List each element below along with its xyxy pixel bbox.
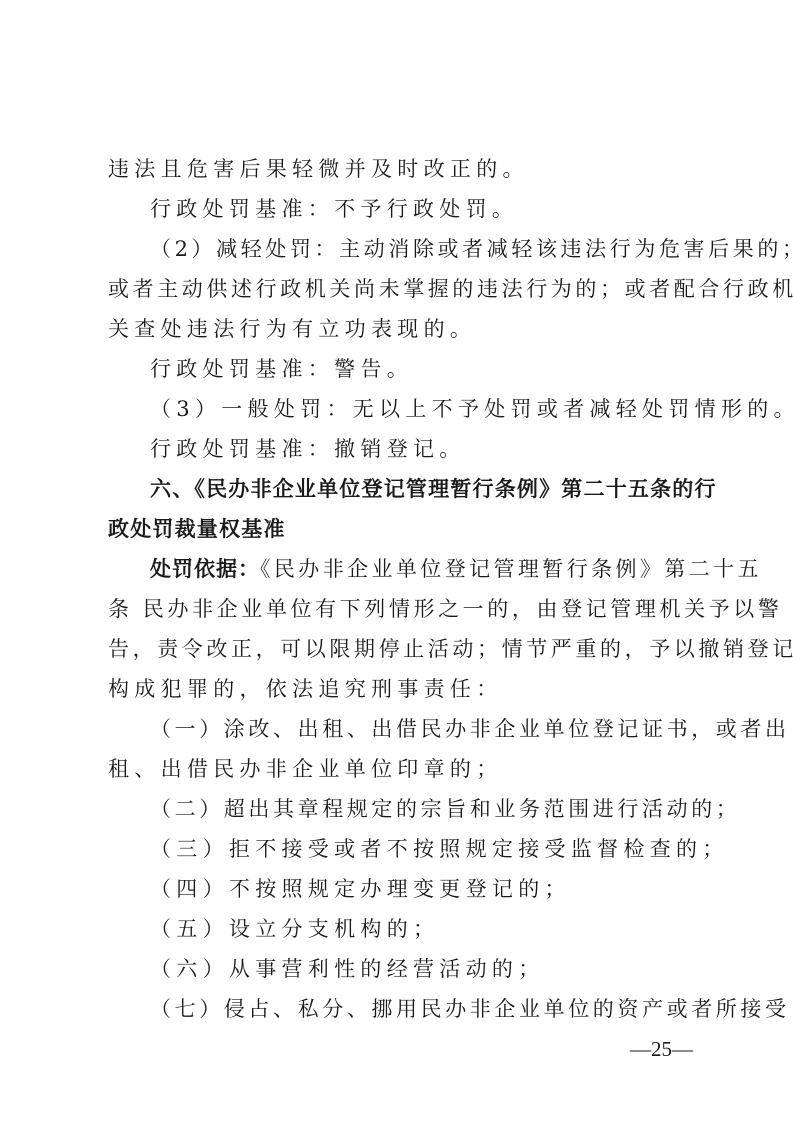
penalty-standard-line: 行政处罚基准：撤销登记。 xyxy=(150,436,738,462)
list-item-2: （二）超出其章程规定的宗旨和业务范围进行活动的； xyxy=(150,796,738,822)
paragraph-line: 或者主动供述行政机关尚未掌握的违法行为的；或者配合行政机 xyxy=(108,276,696,302)
basis-text: 《民办非企业单位登记管理暂行条例》第二十五 xyxy=(260,557,762,581)
penalty-standard-line: 行政处罚基准：警告。 xyxy=(150,356,738,382)
document-page: 违法且危害后果轻微并及时改正的。 行政处罚基准：不予行政处罚。 （2）减轻处罚：… xyxy=(0,0,793,1122)
basis-line-3: 告，责令改正，可以限期停止活动；情节严重的，予以撤销登记； xyxy=(108,636,696,662)
basis-line-2: 条 民办非企业单位有下列情形之一的，由登记管理机关予以警 xyxy=(108,596,696,622)
general-penalty-line: （3）一般处罚：无以上不予处罚或者减轻处罚情形的。 xyxy=(150,396,738,422)
basis-label: 处罚依据： xyxy=(150,557,260,581)
list-item-1: （一）涂改、出租、出借民办非企业单位登记证书，或者出 xyxy=(150,716,738,742)
list-item-4: （四）不按照规定办理变更登记的； xyxy=(150,876,738,902)
page-number: —25— xyxy=(630,1037,693,1062)
basis-line-1: 处罚依据：《民办非企业单位登记管理暂行条例》第二十五 xyxy=(150,556,738,582)
section-heading-line-2: 政处罚裁量权基准 xyxy=(108,516,696,542)
list-item-3: （三）拒不接受或者不按照规定接受监督检查的； xyxy=(150,836,738,862)
penalty-standard-line: 行政处罚基准：不予行政处罚。 xyxy=(150,196,738,222)
mitigated-penalty-line: （2）减轻处罚：主动消除或者减轻该违法行为危害后果的； xyxy=(150,236,738,262)
list-item-6: （六）从事营利性的经营活动的； xyxy=(150,956,738,982)
paragraph-line: 关查处违法行为有立功表现的。 xyxy=(108,316,696,342)
paragraph-line: 违法且危害后果轻微并及时改正的。 xyxy=(108,156,696,182)
list-item-5: （五）设立分支机构的； xyxy=(150,916,738,942)
basis-line-4: 构成犯罪的，依法追究刑事责任： xyxy=(108,676,696,702)
list-item-1-continuation: 租、出借民办非企业单位印章的； xyxy=(108,756,696,782)
section-heading-line-1: 六、《民办非企业单位登记管理暂行条例》第二十五条的行 xyxy=(150,476,738,502)
list-item-7: （七）侵占、私分、挪用民办非企业单位的资产或者所接受 xyxy=(150,996,738,1022)
